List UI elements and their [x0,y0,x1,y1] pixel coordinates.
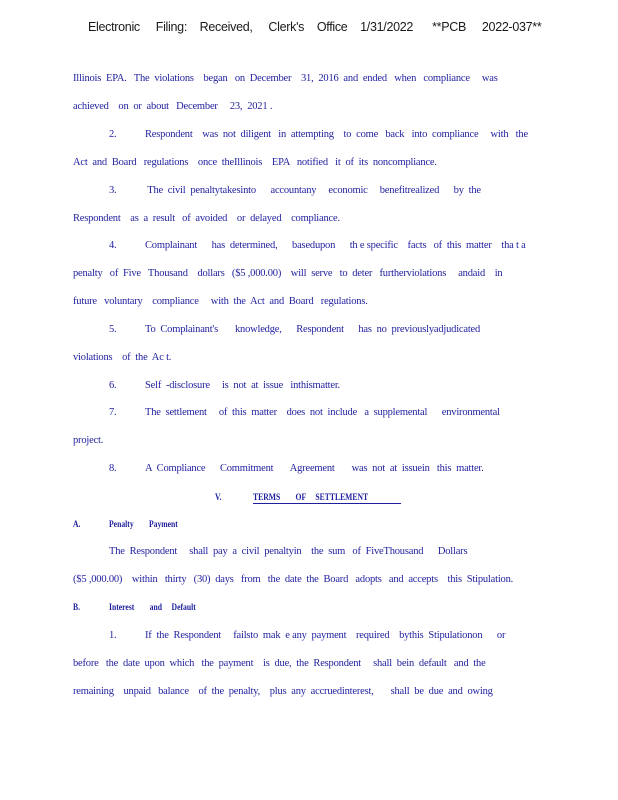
body-line: Illinois EPA. The violations began on De… [73,73,498,84]
paragraph-number: 3. [109,185,116,196]
body-line: ($5 ,000.00) within thirty (30) days fro… [73,574,513,585]
paragraph-text: Complainant has determined, basedupon th… [145,240,526,251]
paragraph-number: 6. [109,380,116,391]
subheading-title: Interest and Default [109,602,196,612]
subheading-letter: B. [73,602,80,612]
paragraph-text: The civil penaltytakesinto accountany ec… [145,185,481,196]
body-line: remaining unpaid balance of the penalty,… [73,686,493,697]
paragraph-number: 7. [109,407,116,418]
paragraph-number: 1. [109,630,116,641]
paragraph-number: 4. [109,240,116,251]
body-line: penalty of Five Thousand dollars ($5 ,00… [73,268,502,279]
body-line: before the date upon which the payment i… [73,658,486,669]
paragraph-number: 8. [109,463,116,474]
paragraph-text: To Complainant's knowledge, Respondent h… [145,324,480,335]
subheading-title: Penalty Payment [109,519,178,529]
body-line: project. [73,435,103,446]
body-line: Respondent as a result of avoided or del… [73,213,340,224]
body-line: violations of the Ac t. [73,352,171,363]
body-line: future voluntary compliance with the Act… [73,296,368,307]
filing-stamp-text: Electronic Filing: Received, Clerk's Off… [88,20,541,34]
paragraph-number: 2. [109,129,116,140]
paragraph-number: 5. [109,324,116,335]
body-line: achieved on or about December 23, 2021 . [73,101,272,112]
subheading-letter: A. [73,519,80,529]
section-title-underline [253,503,401,504]
paragraph-text: A Compliance Commitment Agreement was no… [145,463,484,474]
penalty-paragraph: The Respondent shall pay a civil penalty… [109,546,467,557]
paragraph-text: If the Respondent failsto mak e any paym… [145,630,505,641]
paragraph-text: Respondent was not diligent in attemptin… [145,129,528,140]
paragraph-text: The settlement of this matter does not i… [145,407,500,418]
section-roman-numeral: V. [215,492,221,502]
paragraph-text: Self -disclosure is not at issue inthism… [145,380,340,391]
section-title: TERMS OF SETTLEMENT [253,492,368,502]
body-line: Act and Board regulations once theIllino… [73,157,437,168]
